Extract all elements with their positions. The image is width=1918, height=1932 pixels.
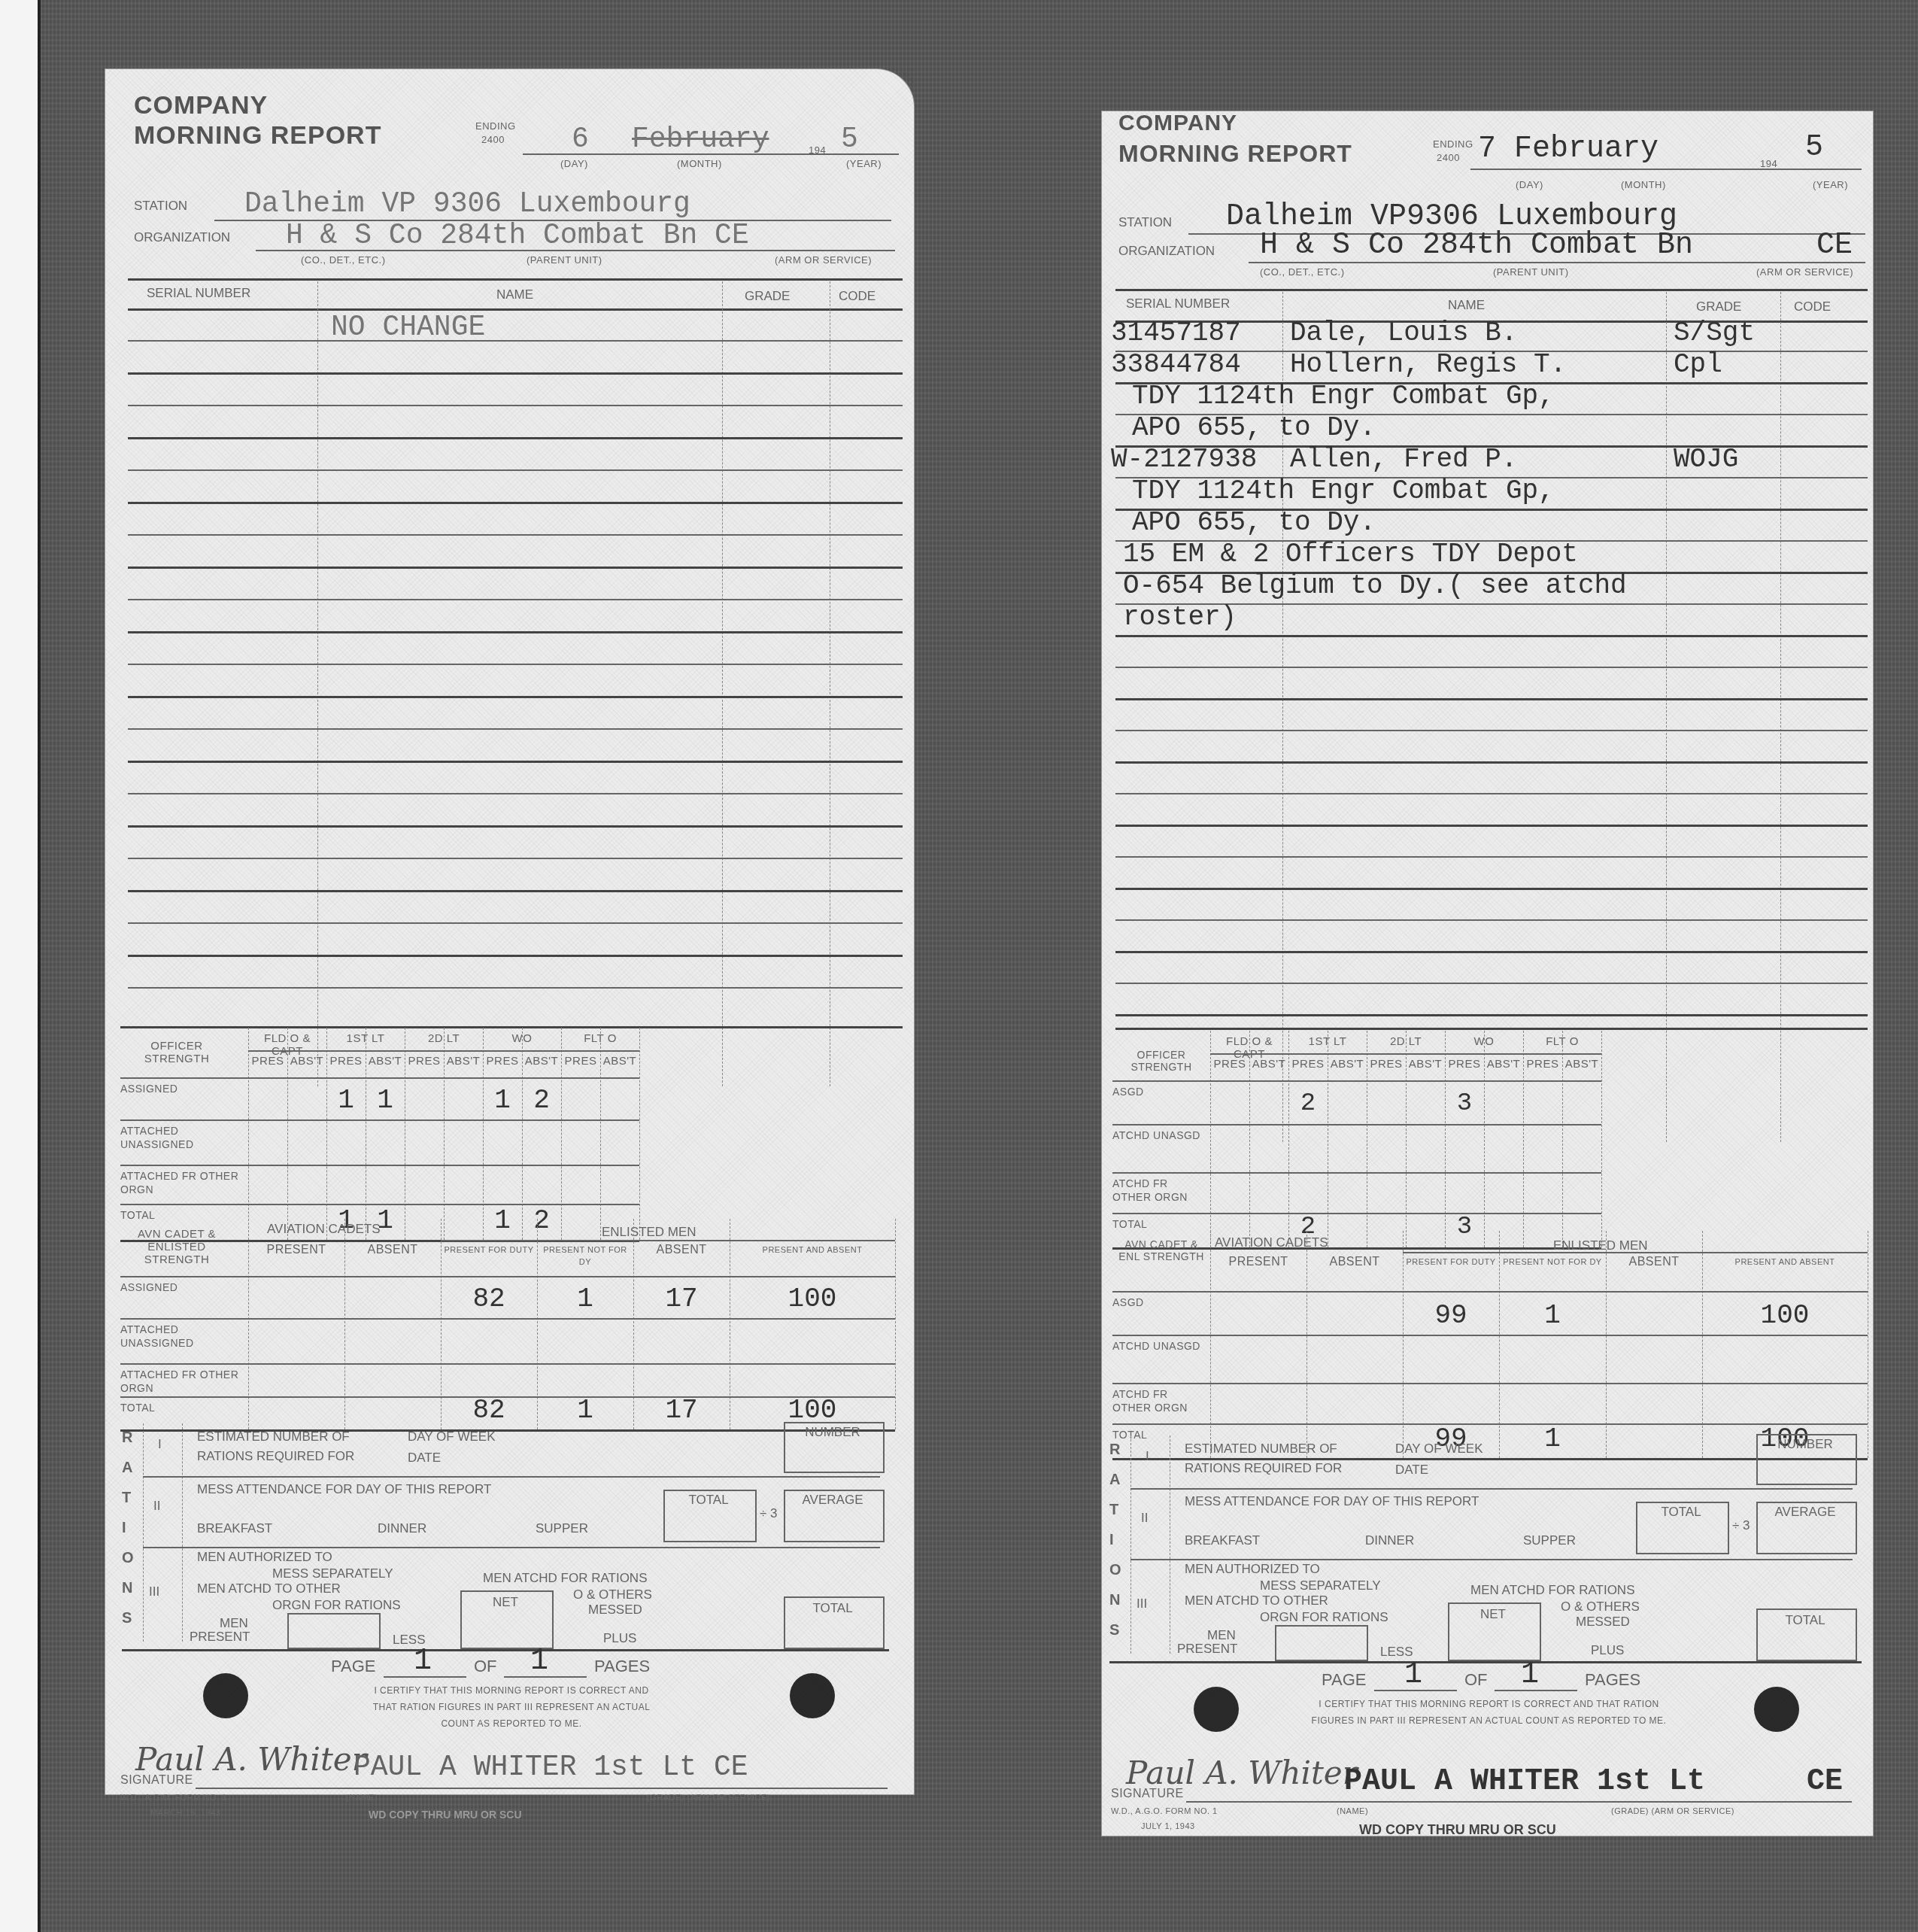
grid-line [1112,1383,1868,1384]
entry-remark: O-654 Belgium to Dy.( see atchd [1123,570,1627,601]
grid-line [1112,1124,1601,1125]
officer-row-label: ATTACHED UNASSIGNED [120,1124,244,1151]
entry-remark: 15 EM & 2 Officers TDY Depot [1123,539,1578,570]
name-caption: (NAME) [1337,1807,1368,1816]
roster-line [1115,761,1868,764]
officer-row-label: ATCHD UNASGD [1112,1129,1206,1142]
men-present-box [287,1613,381,1649]
station-label: STATION [134,199,187,214]
grid-line [122,1649,889,1651]
morning-report-feb-7: COMPANY MORNING REPORT ENDING 2400 7 Feb… [1102,111,1873,1836]
report-month: February [632,123,769,156]
year-caption: (YEAR) [846,158,882,169]
form-number: W.D., A.G.O. FORM NO. 1 [1111,1807,1218,1816]
page-total: 1 [530,1645,548,1678]
officer-count: 3 [1445,1089,1484,1118]
report-date: 7 February [1478,132,1659,166]
entry-remark: TDY 1124th Engr Combat Gp, [1132,475,1555,506]
certification-text: THAT RATION FIGURES IN PART III REPRESEN… [248,1702,775,1712]
form-title-company: COMPANY [134,90,268,120]
men-present-label: MEN [220,1616,248,1631]
scan-margin [0,0,41,1932]
org-caption-parent: (PARENT UNIT) [1493,266,1569,278]
enlisted-count: 1 [1499,1300,1606,1331]
messed-label: MESSED [1576,1615,1630,1630]
estimated-rations-label: RATIONS REQUIRED FOR [1185,1461,1342,1476]
grid-line [1170,1435,1170,1654]
roster-line [128,793,903,794]
entry-name: Hollern, Regis T. [1290,349,1566,380]
of-label: OF [474,1657,497,1676]
enlisted-col-header: PRESENT FOR DUTY [441,1244,537,1256]
handwritten-signature: Paul A. Whiter [135,1741,367,1778]
estimated-rations-label: RATIONS REQUIRED FOR [197,1449,354,1464]
grid-line [248,1050,639,1052]
grid-line [1562,1031,1563,1247]
date-label: DATE [1395,1463,1428,1478]
officer-subcol: PRES [326,1055,366,1068]
entry-grade: WOJG [1674,444,1738,475]
enlisted-col-header: ABSENT [633,1244,730,1256]
grid-line [1130,1488,1853,1490]
officer-row-label: ATTACHED FR OTHER ORGN [120,1169,244,1196]
page-label: PAGE [1322,1670,1367,1690]
aviation-cadets-header: AVIATION CADETS [267,1222,381,1237]
year-caption: (YEAR) [1813,179,1848,190]
enlisted-col-header: PRESENT [1210,1256,1306,1268]
routing-note: WD COPY THRU MRU OR SCU [369,1809,522,1821]
signer-name-grade: PAUL A WHITER 1st Lt CE [354,1751,748,1784]
report-year: 5 [1805,131,1823,165]
officer-count: 2 [1288,1089,1328,1118]
total-label: TOTAL [1756,1613,1854,1628]
roster-line [128,890,903,892]
grid-line [1130,1559,1853,1560]
roster-line [1115,698,1868,700]
officer-subcol: PRES [1288,1058,1328,1071]
org-caption-arm: (ARM OR SERVICE) [775,254,872,266]
grid-line [1328,1031,1328,1247]
grid-line [1109,1661,1862,1663]
men-atchd-other-label: MEN ATCHD TO OTHER [197,1581,341,1596]
roster-line [128,664,903,665]
grid-line [1403,1252,1868,1253]
roster-top-rule [128,278,903,281]
rations-side-letter: O [122,1550,134,1567]
roster-line [1115,825,1868,827]
station-label: STATION [1118,215,1172,230]
organization-label: ORGANIZATION [1118,244,1215,259]
entry-remark: TDY 1124th Engr Combat Gp, [1132,381,1555,412]
officer-subcol: PRES [1367,1058,1406,1071]
roster-top-rule [1115,289,1868,291]
rations-side-letter: N [122,1580,132,1597]
roster-line [1115,888,1868,890]
grid-line [344,1219,345,1429]
ending-time-label: 2400 [1437,152,1460,163]
messed-label: MESSED [588,1602,642,1618]
ending-time-label: 2400 [481,134,505,145]
enlisted-count: 1 [1499,1423,1606,1454]
roster-line [1115,1014,1868,1016]
men-present-label: PRESENT [190,1630,250,1645]
day-of-week-label: DAY OF WEEK [408,1429,496,1444]
signature-underline [196,1788,888,1789]
total-label: TOTAL [1636,1505,1726,1520]
enlisted-row-label: ATTACHED UNASSIGNED [120,1323,244,1350]
org-caption-unit: (CO., DET., ETC.) [1260,266,1345,278]
rations-side-letter: R [1109,1441,1120,1459]
page-number: 1 [1404,1658,1422,1692]
roster-line [128,340,903,342]
grid-line [143,1423,144,1642]
men-present-label: PRESENT [1177,1642,1237,1657]
enlisted-count: 1 [537,1395,633,1426]
entry-remark: APO 655, to Dy. [1132,507,1376,538]
officer-subcol: PRES [1523,1058,1562,1071]
dinner-label: DINNER [1365,1533,1414,1548]
section-1-number: I [158,1437,162,1452]
entry-serial: 31457187 [1111,317,1241,348]
officer-subcol: ABS'T [1484,1058,1523,1071]
grid-line [1210,1053,1601,1055]
col-grade: GRADE [1696,299,1741,314]
orgn-for-rations-label: ORGN FOR RATIONS [272,1598,401,1613]
enlisted-row-label: TOTAL [120,1401,244,1414]
form-date: MARCH 15, 1943 [150,1809,220,1818]
station-value: Dalheim VP 9306 Luxembourg [244,188,690,220]
month-caption: (MONTH) [677,158,722,169]
grid-line [120,1363,895,1365]
supper-label: SUPPER [536,1521,588,1536]
signature-underline [1186,1801,1852,1803]
grid-line [405,1028,405,1240]
officer-row-label: TOTAL [1112,1217,1206,1231]
roster-line [1115,856,1868,858]
mess-attendance-label: MESS ATTENDANCE FOR DAY OF THIS REPORT [1185,1494,1479,1509]
enlisted-count: 99 [1403,1300,1499,1331]
roster-line [1115,730,1868,731]
report-day: 6 [572,123,589,156]
number-label: NUMBER [791,1425,874,1440]
men-atchd-other-label: MEN ATCHD TO OTHER [1185,1593,1328,1608]
col-code: CODE [839,289,876,304]
men-atchd-for-rations-label: MEN ATCHD FOR RATIONS [483,1571,648,1586]
grid-line [120,1077,639,1079]
enlisted-count: 100 [730,1395,895,1426]
grid-line [1112,1335,1868,1336]
year-prefix: 194 [1760,158,1777,169]
of-label: OF [1464,1670,1488,1690]
rations-side-letter: A [1109,1472,1120,1489]
officer-row-label: ASSIGNED [120,1082,244,1095]
ending-label: ENDING [475,120,516,132]
officer-strength-top-rule [1115,1028,1868,1030]
name-caption: (NAME) [346,1794,378,1803]
officer-strength-top-rule [120,1026,903,1028]
morning-report-feb-6: COMPANY MORNING REPORT ENDING 2400 6 Feb… [105,69,914,1794]
less-label: LESS [1380,1645,1413,1660]
grid-line [1523,1031,1524,1247]
grid-line [895,1219,896,1429]
enlisted-strength-label: AVN CADET & ENL STRENGTH [1112,1238,1210,1262]
day-of-week-label: DAY OF WEEK [1395,1441,1483,1457]
aviation-cadets-header: AVIATION CADETS [1215,1235,1328,1250]
enlisted-col-header: PRESENT FOR DUTY [1403,1256,1499,1268]
certification-text: FIGURES IN PART III REPRESENT AN ACTUAL … [1239,1715,1739,1726]
grid-line [248,1028,249,1240]
enlisted-row-label: ATCHD UNASGD [1112,1339,1206,1353]
net-label: NET [460,1595,551,1610]
binder-hole [1754,1687,1799,1732]
o-and-others-label: O & OTHERS [1561,1599,1640,1615]
grid-line [1868,1231,1868,1458]
grid-line [1112,1458,1868,1460]
grid-line [1484,1031,1485,1247]
roster-line [128,922,903,924]
enlisted-row-label: ATTACHED FR OTHER ORGN [120,1368,244,1395]
officer-subcol: PRES [1210,1058,1249,1071]
grid-line [1112,1080,1601,1082]
routing-note: WD COPY THRU MRU OR SCU [1359,1822,1556,1838]
estimated-rations-label: ESTIMATED NUMBER OF [1185,1441,1337,1457]
enlisted-row-label: ASGD [1112,1296,1206,1309]
grid-line [1112,1172,1601,1174]
col-grade: GRADE [745,289,790,304]
entry-remark: roster) [1123,602,1237,633]
roster-line [1115,635,1868,637]
grid-line [1367,1031,1367,1247]
roster-line [1115,667,1868,668]
officer-row-label: ASGD [1112,1085,1206,1098]
number-label: NUMBER [1764,1437,1847,1452]
roster-line [128,858,903,859]
pages-label: PAGES [594,1657,650,1676]
handwritten-signature: Paul A. Whiter [1126,1754,1358,1791]
roster-col-divider [722,281,723,1086]
grid-line [561,1028,562,1240]
roster-line [128,987,903,989]
grid-line [120,1165,639,1166]
officer-subcol: PRES [248,1055,287,1068]
entry-grade: Cpl [1674,349,1722,380]
grid-line [1112,1213,1601,1214]
roster-col-divider [830,281,830,1086]
signer-name-grade: PAUL A WHITER 1st Lt [1344,1765,1705,1799]
mess-separately-label: MESS SEPARATELY [272,1566,393,1581]
grid-line [1249,1031,1250,1247]
section-1-number: I [1146,1449,1149,1464]
divide-by-three: ÷ 3 [1732,1518,1750,1533]
orgn-for-rations-label: ORGN FOR RATIONS [1260,1610,1388,1625]
rations-side-letter: S [122,1610,132,1627]
officer-strength-label: OFFICER STRENGTH [120,1040,233,1065]
enlisted-men-header: ENLISTED MEN [602,1225,696,1240]
roster-col-divider [317,281,318,1086]
arm-of-service: CE [1816,229,1853,263]
men-present-label: MEN [1207,1628,1236,1643]
roster-line [1115,793,1868,794]
organization-value: H & S Co 284th Combat Bn [1260,229,1693,263]
grid-line [1130,1435,1131,1654]
col-name: NAME [496,287,533,302]
breakfast-label: BREAKFAST [1185,1533,1260,1548]
officer-subcol: PRES [561,1055,600,1068]
section-2-number: II [153,1499,160,1514]
total-label: TOTAL [784,1601,882,1616]
officer-subcol: ABS'T [366,1055,405,1068]
rations-side-letter: T [122,1490,131,1507]
officer-count: 1 [483,1085,522,1116]
binder-hole [790,1673,835,1718]
enlisted-count: 17 [633,1395,730,1426]
col-name: NAME [1448,298,1485,313]
enlisted-strength-label: AVN CADET & ENLISTED STRENGTH [120,1228,233,1266]
page-total: 1 [1521,1658,1539,1692]
o-and-others-label: O & OTHERS [573,1587,652,1602]
officer-subcol: PRES [1445,1058,1484,1071]
enlisted-col-header: PRESENT AND ABSENT [730,1244,895,1256]
officer-count: 2 [522,1085,561,1116]
officer-count: 1 [366,1085,405,1116]
roster-line [128,728,903,730]
men-present-box [1275,1625,1368,1661]
officer-row-label: ATCHD FR OTHER ORGN [1112,1177,1206,1204]
grid-line [120,1119,639,1121]
enlisted-count: 1 [537,1283,633,1314]
estimated-rations-label: ESTIMATED NUMBER OF [197,1429,350,1444]
officer-subcol: ABS'T [444,1055,483,1068]
officer-row-label: TOTAL [120,1208,244,1222]
rations-side-letter: N [1109,1592,1120,1609]
officer-count: 1 [326,1085,366,1116]
rations-side-letter: I [1109,1532,1114,1549]
enlisted-men-header: ENLISTED MEN [1553,1238,1648,1253]
grid-line [287,1028,288,1240]
grid-line [1406,1031,1407,1247]
men-authorized-label: MEN AUTHORIZED TO [197,1550,332,1565]
roster-line [128,567,903,569]
date-label: DATE [408,1451,441,1466]
year-prefix: 194 [809,144,826,156]
plus-label: PLUS [1591,1643,1624,1658]
day-caption: (DAY) [1516,179,1543,190]
grid-line [248,1219,249,1429]
officer-count: 3 [1445,1213,1484,1241]
entry-serial: W-2127938 [1111,444,1257,475]
officer-strength-label: OFFICER STRENGTH [1112,1049,1210,1073]
men-atchd-for-rations-label: MEN ATCHD FOR RATIONS [1470,1583,1635,1598]
officer-subcol: PRES [405,1055,444,1068]
signer-arm: CE [1807,1765,1843,1799]
enlisted-count: 100 [1702,1300,1868,1331]
entry-name: Dale, Louis B. [1290,317,1517,348]
officer-subcol: ABS'T [600,1055,639,1068]
rations-side-letter: T [1109,1502,1118,1519]
grid-line [182,1423,183,1642]
roster-line [1115,951,1868,953]
dinner-label: DINNER [378,1521,426,1536]
officer-subcol: ABS'T [287,1055,326,1068]
breakfast-label: BREAKFAST [197,1521,272,1536]
grid-line [600,1028,601,1240]
col-serial-number: SERIAL NUMBER [1126,296,1230,311]
rations-side-letter: A [122,1460,132,1477]
officer-subcol: ABS'T [1562,1058,1601,1071]
day-caption: (DAY) [560,158,588,169]
section-3-number: III [149,1584,159,1599]
enlisted-col-header: PRESENT NOT FOR DY [537,1244,633,1268]
certification-text: COUNT AS REPORTED TO ME. [248,1718,775,1729]
officer-subcol: ABS'T [1249,1058,1288,1071]
form-title-morning-report: MORNING REPORT [1118,138,1352,169]
form-title-company: COMPANY [1118,108,1237,138]
grid-line [120,1318,895,1320]
pages-label: PAGES [1585,1670,1640,1690]
roster-line [128,955,903,957]
grade-caption: (GRADE) (ARM OR SERVICE) [1611,1807,1734,1816]
mess-attendance-label: MESS ATTENDANCE FOR DAY OF THIS REPORT [197,1482,491,1497]
officer-count: 1 [483,1205,522,1236]
roster-line [128,631,903,633]
binder-hole [1194,1687,1239,1732]
enlisted-count: 17 [633,1283,730,1314]
officer-count: 2 [522,1205,561,1236]
organization-label: ORGANIZATION [134,230,230,245]
form-date: JULY 1, 1943 [1141,1822,1195,1831]
roster-line [128,761,903,763]
certification-text: I CERTIFY THAT THIS MORNING REPORT IS CO… [1239,1699,1739,1709]
roster-line [128,502,903,504]
roster-line [128,437,903,439]
grid-line [143,1547,880,1548]
grid-line [143,1476,880,1478]
grid-line [639,1028,640,1240]
organization-value: H & S Co 284th Combat Bn CE [286,220,749,252]
officer-subcol: ABS'T [1328,1058,1367,1071]
rations-side-letter: R [122,1429,132,1447]
roster-header-rule [128,308,903,311]
divide-by-three: ÷ 3 [760,1506,778,1521]
enlisted-col-header: ABSENT [344,1244,441,1256]
enlisted-col-header: PRESENT AND ABSENT [1702,1256,1868,1268]
rations-side-letter: O [1109,1562,1121,1579]
mess-separately-label: MESS SEPARATELY [1260,1578,1381,1593]
roster-line [128,469,903,471]
average-label: AVERAGE [1756,1505,1854,1520]
entry-grade: S/Sgt [1674,317,1755,348]
roster-line [1115,919,1868,921]
page-number: 1 [414,1645,432,1678]
men-authorized-label: MEN AUTHORIZED TO [1185,1562,1320,1577]
grid-line [1210,1031,1211,1247]
roster-line [128,405,903,406]
org-caption-parent: (PARENT UNIT) [527,254,602,266]
binder-hole [203,1673,248,1718]
entry-name: Allen, Fred P. [1290,444,1517,475]
total-label: TOTAL [663,1493,754,1508]
enlisted-row-label: ASSIGNED [120,1280,244,1294]
entry-remark: APO 655, to Dy. [1132,412,1376,443]
roster-line [128,825,903,828]
grid-line [1112,1291,1868,1293]
enlisted-row-label: ATCHD FR OTHER ORGN [1112,1387,1206,1414]
rations-side-letter: S [1109,1622,1119,1639]
officer-subcol: ABS'T [1406,1058,1445,1071]
net-label: NET [1448,1607,1538,1622]
enlisted-count: 82 [441,1283,537,1314]
enlisted-col-header: PRESENT [248,1244,344,1256]
